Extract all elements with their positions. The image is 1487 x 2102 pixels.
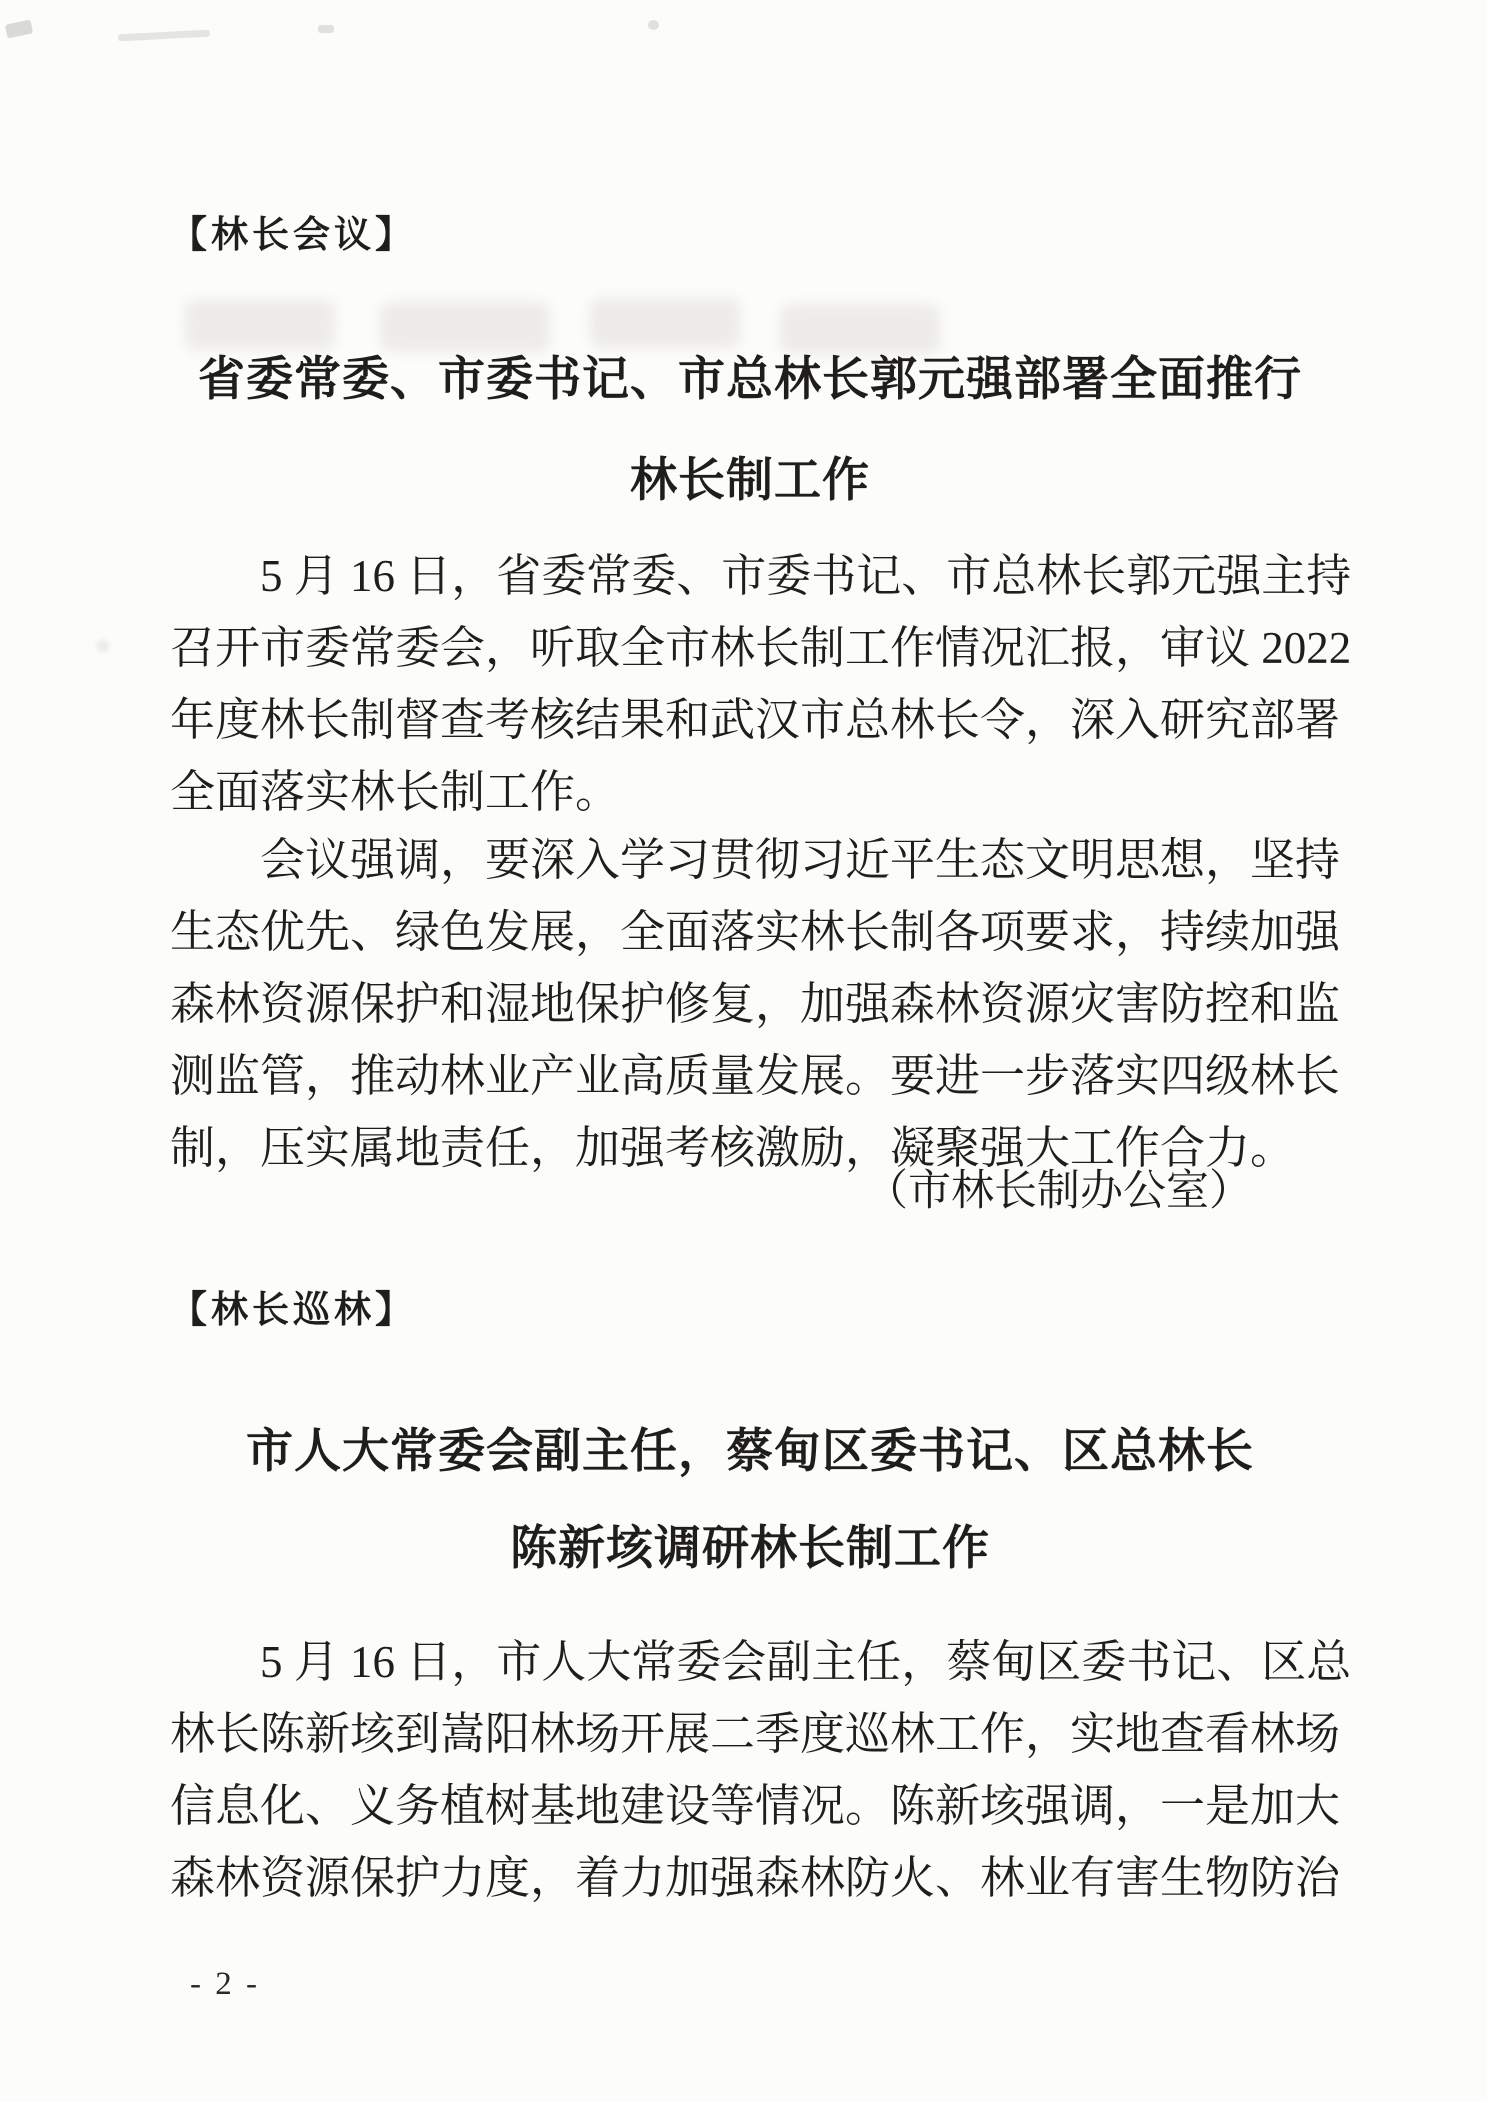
- article-title-2-line-2: 陈新垓调研林长制工作: [170, 1501, 1330, 1598]
- article-title-1-line-2: 林长制工作: [170, 431, 1330, 532]
- paragraph-line: 森林资源保护力度，着力加强森林防火、林业有害生物防治: [170, 1842, 1330, 1914]
- paragraph-1: 5 月 16 日，省委常委、市委书记、市总林长郭元强主持 召开市委常委会，听取全…: [170, 540, 1330, 828]
- paragraph-line: 召开市委常委会，听取全市林长制工作情况汇报，审议 2022: [170, 612, 1330, 684]
- paragraph-line: 5 月 16 日，省委常委、市委书记、市总林长郭元强主持: [170, 540, 1330, 612]
- scan-artifact: [5, 19, 33, 38]
- paragraph-line: 森林资源保护和湿地保护修复，加强森林资源灾害防控和监: [170, 968, 1330, 1040]
- paragraph-line: 全面落实林长制工作。: [170, 756, 1330, 828]
- scan-artifact: [318, 25, 334, 33]
- paragraph-line: 测监管，推动林业产业高质量发展。要进一步落实四级林长: [170, 1040, 1330, 1112]
- paragraph-line: 信息化、义务植树基地建设等情况。陈新垓强调，一是加大: [170, 1770, 1330, 1842]
- page-number: - 2 -: [190, 1966, 260, 2003]
- paragraph-3: 5 月 16 日，市人大常委会副主任，蔡甸区委书记、区总 林长陈新垓到嵩阳林场开…: [170, 1626, 1330, 1914]
- scan-artifact: [648, 20, 659, 30]
- article-title-1-line-1: 省委常委、市委书记、市总林长郭元强部署全面推行: [170, 330, 1330, 431]
- paragraph-line: 林长陈新垓到嵩阳林场开展二季度巡林工作，实地查看林场: [170, 1698, 1330, 1770]
- section-tag-forest-chief-meeting: 【林长会议】: [170, 211, 1330, 261]
- attribution-office: （市林长制办公室）: [170, 1156, 1330, 1228]
- paragraph-line: 生态优先、绿色发展，全面落实林长制各项要求，持续加强: [170, 896, 1330, 968]
- paragraph-line: 会议强调，要深入学习贯彻习近平生态文明思想，坚持: [170, 824, 1330, 896]
- article-title-2: 市人大常委会副主任，蔡甸区委书记、区总林长 陈新垓调研林长制工作: [170, 1404, 1330, 1598]
- paragraph-line: 5 月 16 日，市人大常委会副主任，蔡甸区委书记、区总: [170, 1626, 1330, 1698]
- paragraph-line: 年度林长制督查考核结果和武汉市总林长令，深入研究部署: [170, 684, 1330, 756]
- scan-artifact: [118, 30, 210, 42]
- article-title-1: 省委常委、市委书记、市总林长郭元强部署全面推行 林长制工作: [170, 330, 1330, 532]
- paragraph-2: 会议强调，要深入学习贯彻习近平生态文明思想，坚持 生态优先、绿色发展，全面落实林…: [170, 824, 1330, 1184]
- section-tag-forest-chief-patrol: 【林长巡林】: [170, 1286, 1330, 1336]
- article-title-2-line-1: 市人大常委会副主任，蔡甸区委书记、区总林长: [170, 1404, 1330, 1501]
- scanned-document-page: 【林长会议】 省委常委、市委书记、市总林长郭元强部署全面推行 林长制工作 5 月…: [0, 0, 1487, 2102]
- scan-artifact: [96, 640, 110, 652]
